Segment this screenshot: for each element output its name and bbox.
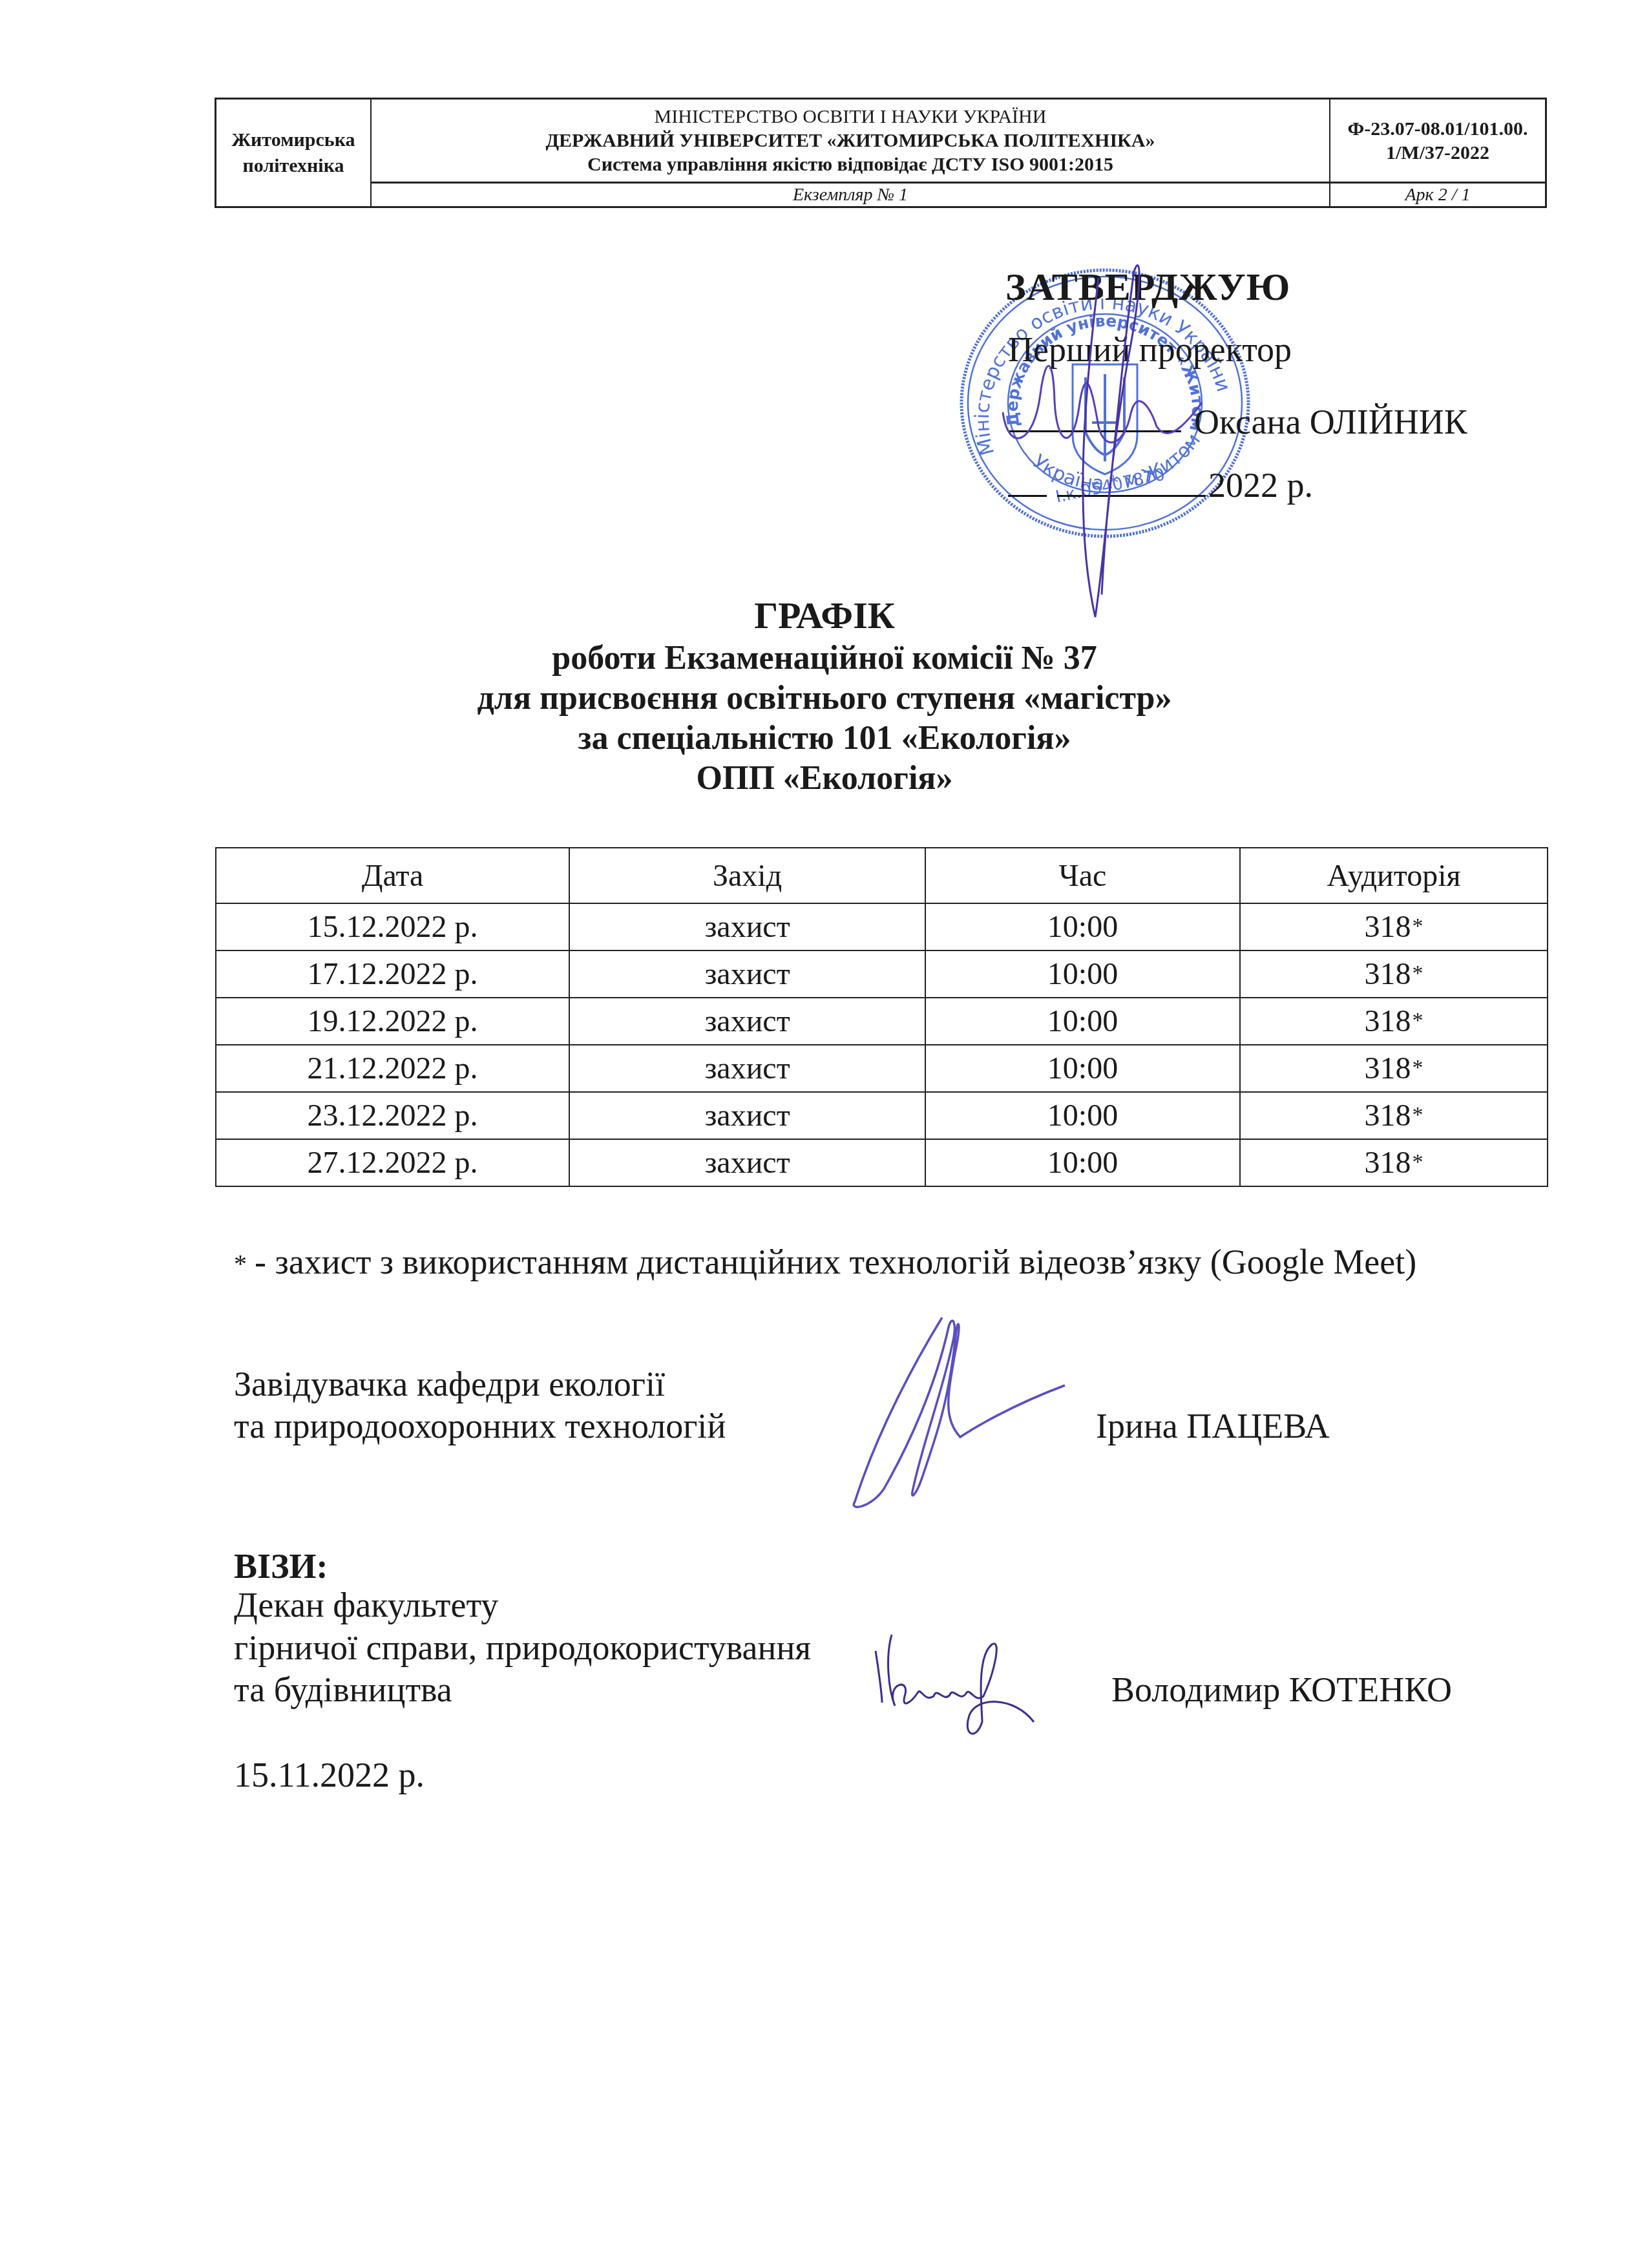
- table-row: 17.12.2022 р.захист10:00318*: [216, 950, 1548, 998]
- copy-number: Екземпляр № 1: [372, 184, 1330, 206]
- cell-event: захист: [569, 1045, 925, 1092]
- cell-room: 318*: [1240, 1139, 1548, 1186]
- cell-time: 10:00: [925, 998, 1240, 1045]
- form-header: Житомирська політехніка МІНІСТЕРСТВО ОСВ…: [215, 98, 1547, 208]
- cell-time: 10:00: [925, 950, 1240, 998]
- dean-signature: [872, 1632, 1047, 1748]
- cell-date: 15.12.2022 р.: [216, 903, 569, 950]
- schedule-table: Дата Захід Час Аудиторія 15.12.2022 р.за…: [215, 847, 1548, 1187]
- cell-room: 318*: [1240, 903, 1548, 950]
- asterisk-icon: *: [1413, 1056, 1423, 1080]
- cell-room: 318*: [1240, 1045, 1548, 1092]
- cell-time: 10:00: [925, 903, 1240, 950]
- title-line-4: ОПП «Екологія»: [0, 759, 1649, 799]
- date-month-line: [1057, 495, 1206, 497]
- sheet-number: Арк 2 / 1: [1330, 184, 1545, 206]
- table-header-row: Дата Захід Час Аудиторія: [216, 848, 1548, 903]
- cell-time: 10:00: [925, 1045, 1240, 1092]
- cell-event: захист: [569, 950, 925, 998]
- footnote-text: - захист з використанням дистанційних те…: [255, 1243, 1416, 1281]
- cell-date: 19.12.2022 р.: [216, 998, 569, 1045]
- cell-date: 23.12.2022 р.: [216, 1092, 569, 1139]
- head-of-dept-signature: [845, 1314, 1078, 1508]
- asterisk-icon: *: [1413, 1103, 1423, 1127]
- table-row: 21.12.2022 р.захист10:00318*: [216, 1045, 1548, 1092]
- cell-event: захист: [569, 903, 925, 950]
- visas-heading: ВІЗИ:: [234, 1546, 328, 1587]
- form-code: Ф-23.07-08.01/101.00.1/М/37-2022: [1330, 100, 1545, 184]
- approver-name: Оксана ОЛІЙНИК: [1194, 402, 1467, 442]
- ministry-name: МІНІСТЕРСТВО ОСВІТИ І НАУКИ УКРАЇНИ: [655, 105, 1047, 129]
- table-row: 19.12.2022 р.захист10:00318*: [216, 998, 1548, 1045]
- footnote: *- захист з використанням дистанційних т…: [234, 1242, 1416, 1282]
- svg-text:І.к.05407870: І.к.05407870: [1054, 465, 1167, 507]
- date-day-line: [1008, 495, 1047, 497]
- asterisk-icon: *: [1413, 1150, 1423, 1174]
- cell-event: захист: [569, 998, 925, 1045]
- column-header-room: Аудиторія: [1240, 848, 1548, 903]
- asterisk-icon: *: [1413, 961, 1423, 985]
- approver-signature: [995, 258, 1202, 620]
- dean-title-1: Декан факультету: [234, 1584, 498, 1626]
- head-of-dept-title-2: та природоохоронних технологій: [234, 1405, 726, 1447]
- title-line-1: роботи Екзаменаційної комісії № 37: [0, 638, 1649, 678]
- document-title: ГРАФІК роботи Екзаменаційної комісії № 3…: [0, 593, 1649, 799]
- table-row: 23.12.2022 р.захист10:00318*: [216, 1092, 1548, 1139]
- head-of-dept-title-1: Завідувачка кафедри екології: [234, 1363, 665, 1405]
- quality-statement: Система управління якістю відповідає ДСТ…: [587, 152, 1113, 176]
- approver-role: Перший проректор: [1008, 330, 1292, 370]
- title-line-3: за спеціальністю 101 «Екологія»: [0, 719, 1649, 759]
- cell-time: 10:00: [925, 1092, 1240, 1139]
- title-main: ГРАФІК: [0, 593, 1649, 638]
- cell-event: захист: [569, 1139, 925, 1186]
- university-name: ДЕРЖАВНИЙ УНІВЕРСИТЕТ «ЖИТОМИРСЬКА ПОЛІТ…: [545, 129, 1155, 152]
- cell-room: 318*: [1240, 950, 1548, 998]
- head-of-dept-name: Ірина ПАЦЕВА: [1096, 1405, 1330, 1447]
- cell-date: 17.12.2022 р.: [216, 950, 569, 998]
- document-date: 15.11.2022 р.: [234, 1754, 425, 1796]
- column-header-date: Дата: [216, 848, 569, 903]
- cell-date: 21.12.2022 р.: [216, 1045, 569, 1092]
- asterisk-icon: *: [1413, 1009, 1423, 1033]
- table-row: 15.12.2022 р.захист10:00318*: [216, 903, 1548, 950]
- cell-date: 27.12.2022 р.: [216, 1139, 569, 1186]
- approval-heading: ЗАТВЕРДЖУЮ: [1005, 265, 1290, 310]
- dean-title-3: та будівництва: [234, 1669, 452, 1710]
- signature-line: [1008, 430, 1181, 432]
- approval-year: 2022 р.: [1208, 465, 1313, 505]
- org-short-name: Житомирська політехніка: [216, 100, 372, 206]
- title-line-2: для присвоєння освітнього ступеня «магіс…: [0, 678, 1649, 719]
- cell-room: 318*: [1240, 1092, 1548, 1139]
- table-row: 27.12.2022 р.захист10:00318*: [216, 1139, 1548, 1186]
- cell-event: захист: [569, 1092, 925, 1139]
- org-block: МІНІСТЕРСТВО ОСВІТИ І НАУКИ УКРАЇНИ ДЕРЖ…: [372, 100, 1330, 184]
- column-header-time: Час: [925, 848, 1240, 903]
- asterisk-icon: *: [234, 1249, 247, 1278]
- dean-name: Володимир КОТЕНКО: [1111, 1669, 1452, 1710]
- asterisk-icon: *: [1413, 914, 1423, 938]
- cell-time: 10:00: [925, 1139, 1240, 1186]
- cell-room: 318*: [1240, 998, 1548, 1045]
- dean-title-2: гірничої справи, природокористування: [234, 1627, 811, 1668]
- column-header-event: Захід: [569, 848, 925, 903]
